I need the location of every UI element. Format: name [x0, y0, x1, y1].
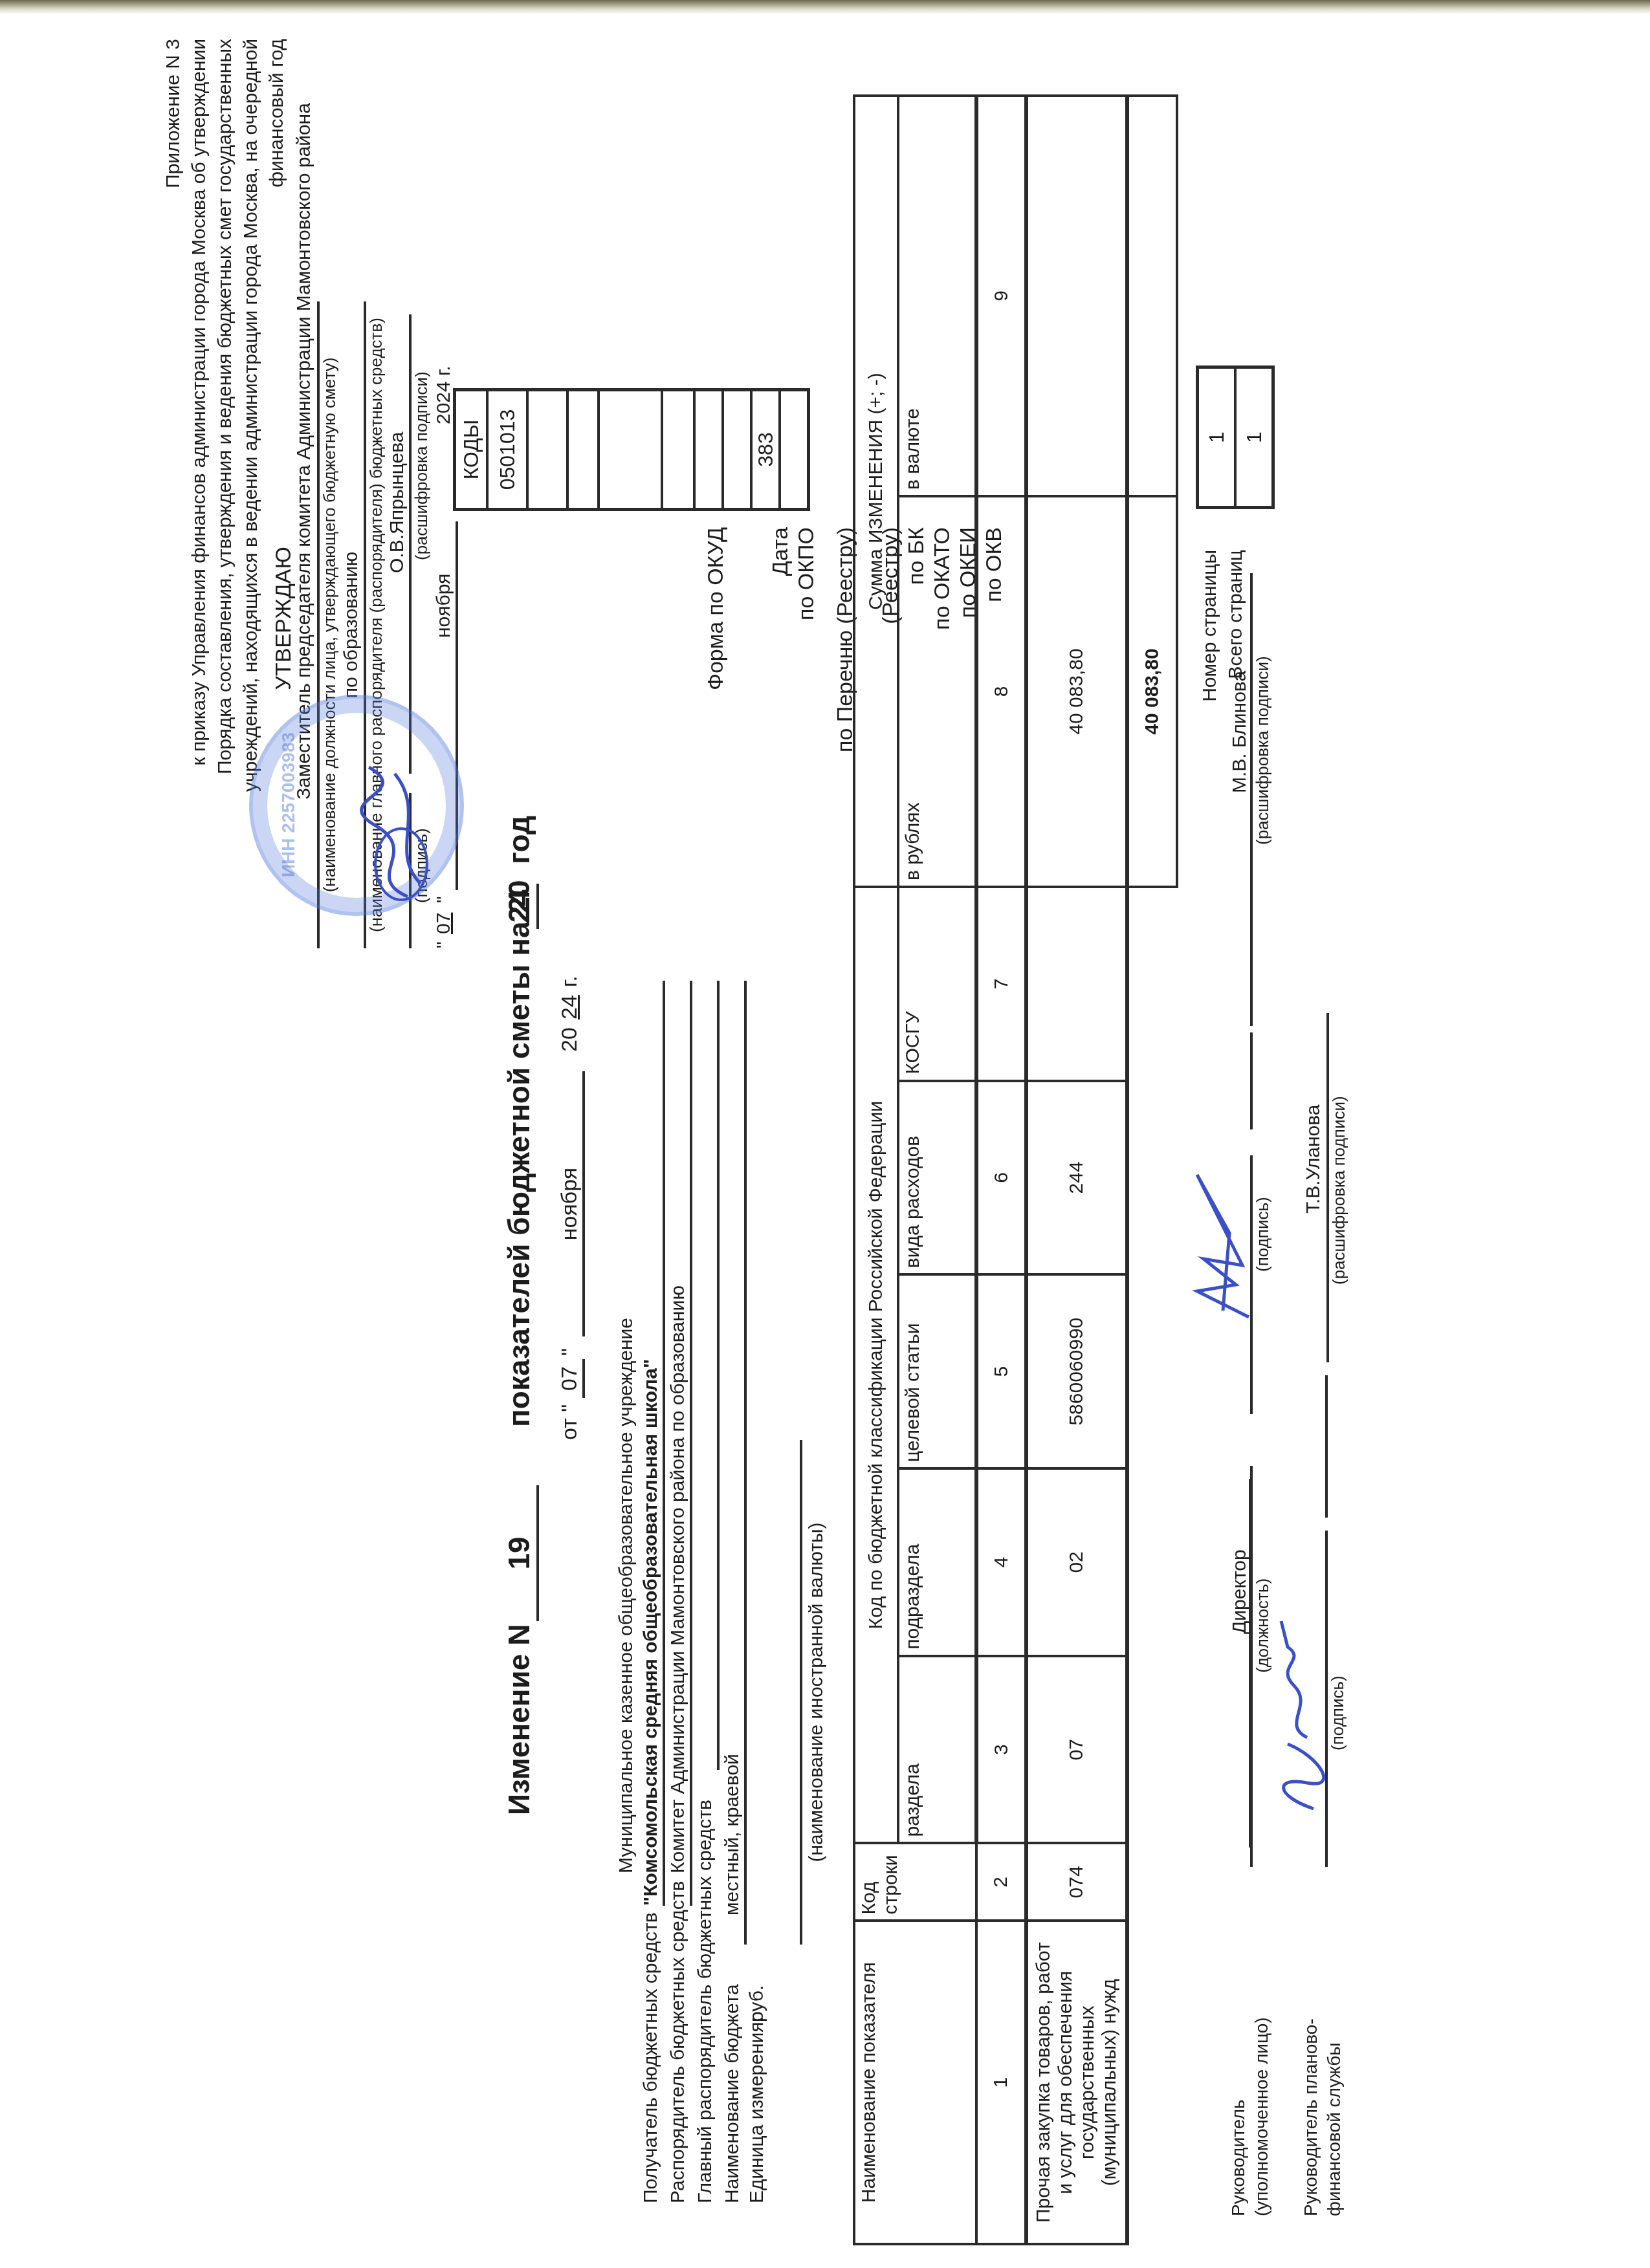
- doc-title-middle: показателей бюджетной сметы на 20: [501, 880, 536, 1428]
- col-num-9: 9: [976, 96, 1026, 496]
- codes-label-okud: Форма по ОКУД: [703, 527, 729, 690]
- stamp-inn: ИНН 2257003983: [278, 732, 299, 877]
- col-num-6: 6: [976, 1081, 1026, 1275]
- doc-number: 19: [501, 1485, 539, 1621]
- col-num-3: 3: [976, 1656, 1026, 1844]
- head-name-hint: (расшифровка подписи): [1253, 656, 1272, 845]
- fin-name-hint: (расшифровка подписи): [1329, 1096, 1348, 1285]
- code-okato: [723, 390, 751, 510]
- appendix-title: Приложение N 3: [162, 39, 185, 188]
- fin-label-line2: финансовой службы: [1324, 2043, 1345, 2216]
- row-expense-type: 244: [1026, 1081, 1127, 1275]
- total-rub: 40 083,80: [1127, 496, 1177, 887]
- code-bk: [694, 390, 723, 510]
- approval-date-open: ": [432, 941, 456, 948]
- unit-value: руб.: [745, 1985, 769, 2022]
- row-rub: 40 083,80: [1026, 496, 1127, 887]
- header-kosgu: КОСГУ: [898, 887, 976, 1081]
- code-reestr: [662, 390, 694, 510]
- budget-label: Наименование бюджета: [721, 1984, 744, 2203]
- date-year: 24: [556, 995, 582, 1020]
- header-row-code: Код строки: [854, 1843, 976, 1921]
- row-name: Прочая закупка товаров, работ и услуг дл…: [1026, 1921, 1127, 2244]
- date-quote-close: ": [556, 1348, 582, 1356]
- total-row: 40 083,80: [1127, 96, 1177, 2244]
- row-section: 07: [1026, 1656, 1127, 1844]
- appendix-line-4: финансовый год: [265, 39, 289, 188]
- row-code: 074: [1026, 1843, 1127, 1921]
- fin-signature-hint: (подпись): [1328, 1675, 1347, 1750]
- header-name: Наименование показателя: [854, 1921, 976, 2244]
- approval-signer: О.В.Япрынцева: [386, 431, 409, 573]
- col-num-1: 1: [976, 1921, 1026, 2244]
- codes-box: КОДЫ 0501013 383: [453, 388, 810, 511]
- budget-change-document: Приложение N 3 к приказу Управления фина…: [0, 0, 1650, 2268]
- header-currency: в валюте: [898, 96, 976, 496]
- code-okud: 0501013: [487, 390, 527, 510]
- approval-date-year: 2024 г.: [432, 365, 456, 424]
- row-currency: [1026, 96, 1127, 496]
- head-label-line1: Руководитель: [1228, 2100, 1249, 2216]
- date-day: 07: [556, 1359, 585, 1398]
- fin-name: Т.В.Уланова: [1302, 1105, 1325, 1214]
- page-total-label: Всего страниц: [1224, 550, 1248, 679]
- code-okv: [780, 390, 809, 510]
- recipient-line1: Муниципальное казенное общеобразовательн…: [615, 1318, 638, 1873]
- page-total-value: 1: [1235, 367, 1273, 508]
- budget-value: местный, краевой: [721, 1754, 744, 1915]
- doc-year: 24: [501, 884, 539, 929]
- date-year-prefix: 20: [556, 1027, 582, 1052]
- appendix-line-1: к приказу Управления финансов администра…: [188, 39, 211, 766]
- date-year-suffix: г.: [556, 976, 582, 987]
- table-row: Прочая закупка товаров, работ и услуг дл…: [1026, 96, 1127, 2244]
- codes-header: КОДЫ: [455, 390, 488, 510]
- recipient-label: Получатель бюджетных средств: [639, 1912, 663, 2203]
- approval-signer-hint: (расшифровка подписи): [412, 371, 431, 560]
- date-month: ноября: [556, 1071, 585, 1336]
- approval-position: Заместитель председателя комитета Админи…: [292, 103, 316, 800]
- recipient-line2: "Комсомольская средняя общеобразовательн…: [639, 1359, 663, 1906]
- head-label-line2: (уполномоченное лицо): [1251, 2017, 1272, 2216]
- pages-box: 1 1: [1196, 365, 1275, 509]
- header-subsection: подраздела: [898, 1468, 976, 1656]
- page-number-label: Номер страницы: [1198, 550, 1222, 702]
- code-perechen: [599, 390, 662, 510]
- date-from: от ": [556, 1404, 582, 1440]
- appendix-line-3: учреждений, находящихся в ведении админи…: [239, 39, 263, 792]
- appendix-line-2: Порядка составления, утверждения и веден…: [214, 39, 237, 774]
- main-manager-label: Главный распорядитель бюджетных средств: [694, 1800, 717, 2203]
- doc-title-suffix: год: [501, 816, 536, 864]
- head-signature: [1184, 1162, 1262, 1330]
- col-num-7: 7: [976, 887, 1026, 1081]
- page-number-value: 1: [1198, 367, 1236, 508]
- row-kosgu: [1026, 887, 1127, 1081]
- manager-value: Комитет Администрации Мамонтовского райо…: [666, 1285, 690, 1873]
- col-num-2: 2: [976, 1843, 1026, 1921]
- codes-label-okpo: по ОКПО: [793, 527, 819, 620]
- header-bk-group: Код по бюджетной классификации Российско…: [854, 887, 898, 1843]
- codes-label-date: Дата: [767, 527, 793, 576]
- fin-signature: [1268, 1608, 1326, 1815]
- col-num-5: 5: [976, 1274, 1026, 1468]
- unit-label: Единица измерения:: [745, 2016, 769, 2203]
- header-section: раздела: [898, 1656, 976, 1844]
- approval-signature: [349, 754, 434, 903]
- col-num-8: 8: [976, 496, 1026, 887]
- header-sum-group: Сумма ИЗМЕНЕНИЯ (+; -): [854, 96, 898, 887]
- header-expense-type: вида расходов: [898, 1081, 976, 1275]
- code-okpo: [567, 390, 599, 510]
- doc-title-prefix: Изменение N: [501, 1624, 536, 1815]
- code-date: [527, 390, 567, 510]
- code-okei: 383: [751, 390, 780, 510]
- manager-label: Распорядитель бюджетных средств: [666, 1881, 690, 2203]
- approval-date-month: ноября: [432, 574, 456, 638]
- row-subsection: 02: [1026, 1468, 1127, 1656]
- row-target: 5860060990: [1026, 1274, 1127, 1468]
- approval-date-close: ": [432, 896, 456, 903]
- fin-label-line1: Руководитель планово-: [1301, 2018, 1321, 2216]
- currency-hint: (наименование иностранной валюты): [805, 1440, 828, 1945]
- head-position-text: Директор: [1228, 1549, 1251, 1634]
- approval-date-day: 07: [432, 913, 456, 934]
- header-target: целевой статьи: [898, 1274, 976, 1468]
- col-num-4: 4: [976, 1468, 1026, 1656]
- budget-change-table: Наименование показателя Код строки Код п…: [853, 94, 1178, 2245]
- header-rub: в рублях: [898, 496, 976, 887]
- total-currency: [1127, 96, 1177, 496]
- head-name: М.В. Блинова: [1228, 671, 1251, 793]
